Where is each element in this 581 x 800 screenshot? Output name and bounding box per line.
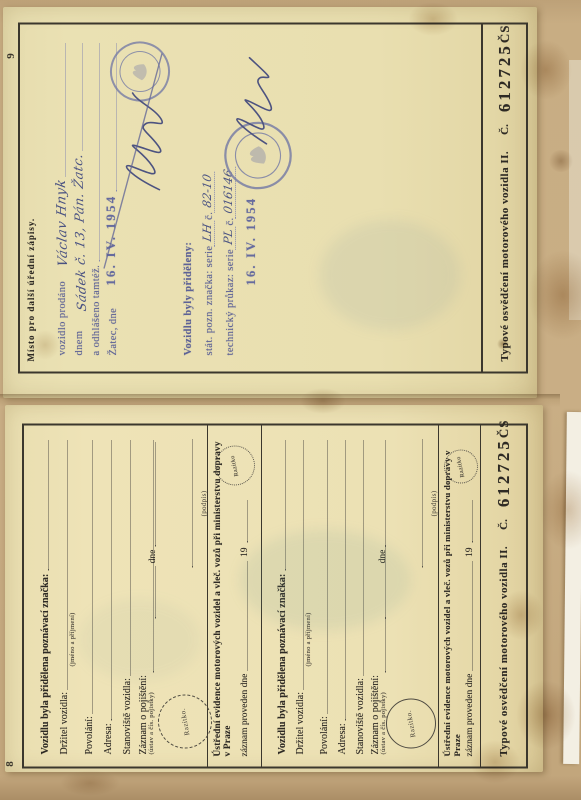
occupation-label: Povolání: (319, 716, 330, 754)
central-registry-strip: Ústřední evidence motorových vozidel a v… (208, 425, 263, 766)
form-row-address: Adresa: (98, 437, 114, 754)
form-row-station: Stanoviště vozidla: (350, 437, 366, 754)
stamp-placeholder-circle: Razítko. (158, 694, 212, 748)
form-row-plate: Vozidlu byla přidělena poznávací značka: (35, 437, 51, 754)
stamp-placeholder-label: Razítko. (405, 709, 418, 738)
dotted-rule (48, 440, 49, 570)
holder-label: Držitel vozidla: (59, 692, 70, 754)
holder-label: Držitel vozidla: (295, 692, 306, 754)
form-fields: Vozidlu byla přidělena poznávací značka:… (24, 425, 156, 766)
registration-section: Vozidlu byla přidělena poznávací značka:… (262, 425, 439, 766)
holder-note-row: (jméno a příjmení) (69, 437, 76, 754)
signature-label: (podpis) (430, 490, 438, 516)
dotted-rule (345, 440, 346, 720)
top-page-content: Místo pro další úřední zápisy. vozidlo p… (18, 22, 528, 373)
date-label: dne (378, 549, 388, 563)
date-row: dne (378, 439, 388, 621)
dotted-rule (385, 566, 386, 618)
form-row-plate: Vozidlu byla přidělena poznávací značka: (272, 437, 288, 754)
plate-label: Vozidlu byla přidělena poznávací značka: (40, 573, 51, 754)
page-number-top: 9 (5, 53, 17, 59)
record-label: záznam proveden dne (465, 673, 475, 756)
record-label: záznam proveden dne (240, 673, 250, 756)
holder-note: (jméno a příjmení) (69, 612, 76, 666)
occupation-label: Povolání: (84, 716, 95, 754)
form-row-holder: Držitel vozidla: (290, 437, 306, 754)
form-fields: Vozidlu byla přidělena poznávací značka:… (262, 425, 388, 766)
dotted-rule (472, 562, 473, 671)
dotted-rule (385, 442, 386, 546)
dotted-rule (285, 440, 286, 570)
date-row: dne (148, 439, 158, 621)
dotted-rule (67, 440, 68, 689)
certificate-number: 612725 (495, 43, 515, 112)
country-code: ČS (496, 419, 512, 438)
stain (60, 770, 120, 796)
stamp-placeholder-label: Razítko (456, 455, 466, 477)
stamp-placeholder-label: Razítko (229, 454, 239, 476)
address-label: Adresa: (103, 723, 114, 754)
page-number-bottom: 8 (4, 761, 16, 767)
assignment-title: Vozidlu byly přiděleny: (183, 105, 194, 355)
stamp-placeholder-circle: Razítko. (386, 698, 436, 748)
top-page-frame: Místo pro další úřední zápisy. vozidlo p… (18, 22, 528, 373)
certificate-number-label: Č. (499, 124, 511, 135)
form-row-address: Adresa: (332, 437, 348, 754)
certificate-footer: Typové osvědčení motorového vozidla II. … (481, 425, 526, 766)
country-code: ČS (497, 24, 513, 43)
station-label: Stanoviště vozidla: (355, 678, 366, 754)
plate-label: Vozidlu byla přidělena poznávací značka: (277, 573, 288, 754)
dotted-rule (111, 440, 112, 720)
certificate-footer: Typové osvědčení motorového vozidla II. … (481, 24, 526, 371)
form-row-occupation: Povolání: (79, 437, 95, 754)
certificate-title: Typové osvědčení motorového vozidla II. (499, 150, 511, 361)
handwritten-cert-serie: PL (221, 224, 236, 250)
dotted-rule (327, 440, 328, 713)
stamp-placeholder-circle: Razítko (444, 449, 478, 483)
form-row-occupation: Povolání: (314, 437, 330, 754)
handwritten-plate-number: 82-10 (200, 169, 215, 213)
holder-note: (jméno a příjmení) (305, 612, 312, 666)
certificate-number-label: Č. (498, 519, 510, 530)
dotted-rule (412, 439, 423, 567)
page-fold-shadow (0, 394, 560, 407)
dotted-rule (182, 439, 193, 567)
signature-area: (podpis) (412, 439, 441, 567)
dotted-rule (155, 442, 156, 546)
bottom-page-frame: Vozidlu byla přidělena poznávací značka:… (22, 423, 528, 768)
dotted-rule (363, 440, 364, 675)
stamp-placeholder-circle: Razítko (215, 445, 255, 485)
stamp-placeholder-label: Razítko. (179, 707, 192, 736)
form-row-station: Stanoviště vozidla: (117, 437, 133, 754)
central-registry-strip: Ústřední evidence motorových vozidel a v… (439, 425, 482, 766)
handwritten-plate-serie: LH (200, 218, 215, 246)
station-label: Stanoviště vozidla: (122, 678, 133, 754)
registry-record-row: záznam proveden dne 19 (465, 497, 475, 756)
registration-section: Vozidlu byla přidělena poznávací značka:… (24, 425, 208, 766)
registry-record-row: záznam proveden dne 19 (240, 497, 250, 756)
dotted-rule (247, 562, 248, 671)
torn-edge-highlight (563, 412, 581, 764)
cert-serie-label: technický průkaz: serie (225, 248, 236, 355)
form-row-holder: Držitel vozidla: (54, 437, 70, 754)
certificate-number: 612725 (494, 438, 514, 507)
date-label: dne (148, 549, 158, 563)
scanned-document-photo: Místo pro další úřední zápisy. vozidlo p… (0, 0, 581, 800)
dotted-rule (247, 500, 248, 542)
certificate-title: Typové osvědčení motorového vozidla II. (498, 545, 510, 756)
year-prefix: 19 (240, 547, 250, 557)
dotted-rule (303, 440, 304, 689)
dotted-rule (155, 566, 156, 618)
holder-note-row: (jméno a příjmení) (305, 437, 312, 754)
dotted-rule (472, 500, 473, 542)
assignment-plate-line: stát. pozn. značka: serie LH č. 82-10 (200, 105, 215, 355)
plate-serie-label: stát. pozn. značka: serie (204, 245, 215, 355)
dotted-rule (92, 440, 93, 713)
year-prefix: 19 (465, 547, 475, 557)
address-label: Adresa: (337, 723, 348, 754)
bottom-page-content: Vozidlu byla přidělena poznávací značka:… (22, 423, 528, 768)
torn-edge-highlight (569, 60, 581, 320)
insurance-note: (ústav a čís. pojistky) (149, 675, 156, 754)
dotted-rule (130, 440, 131, 675)
